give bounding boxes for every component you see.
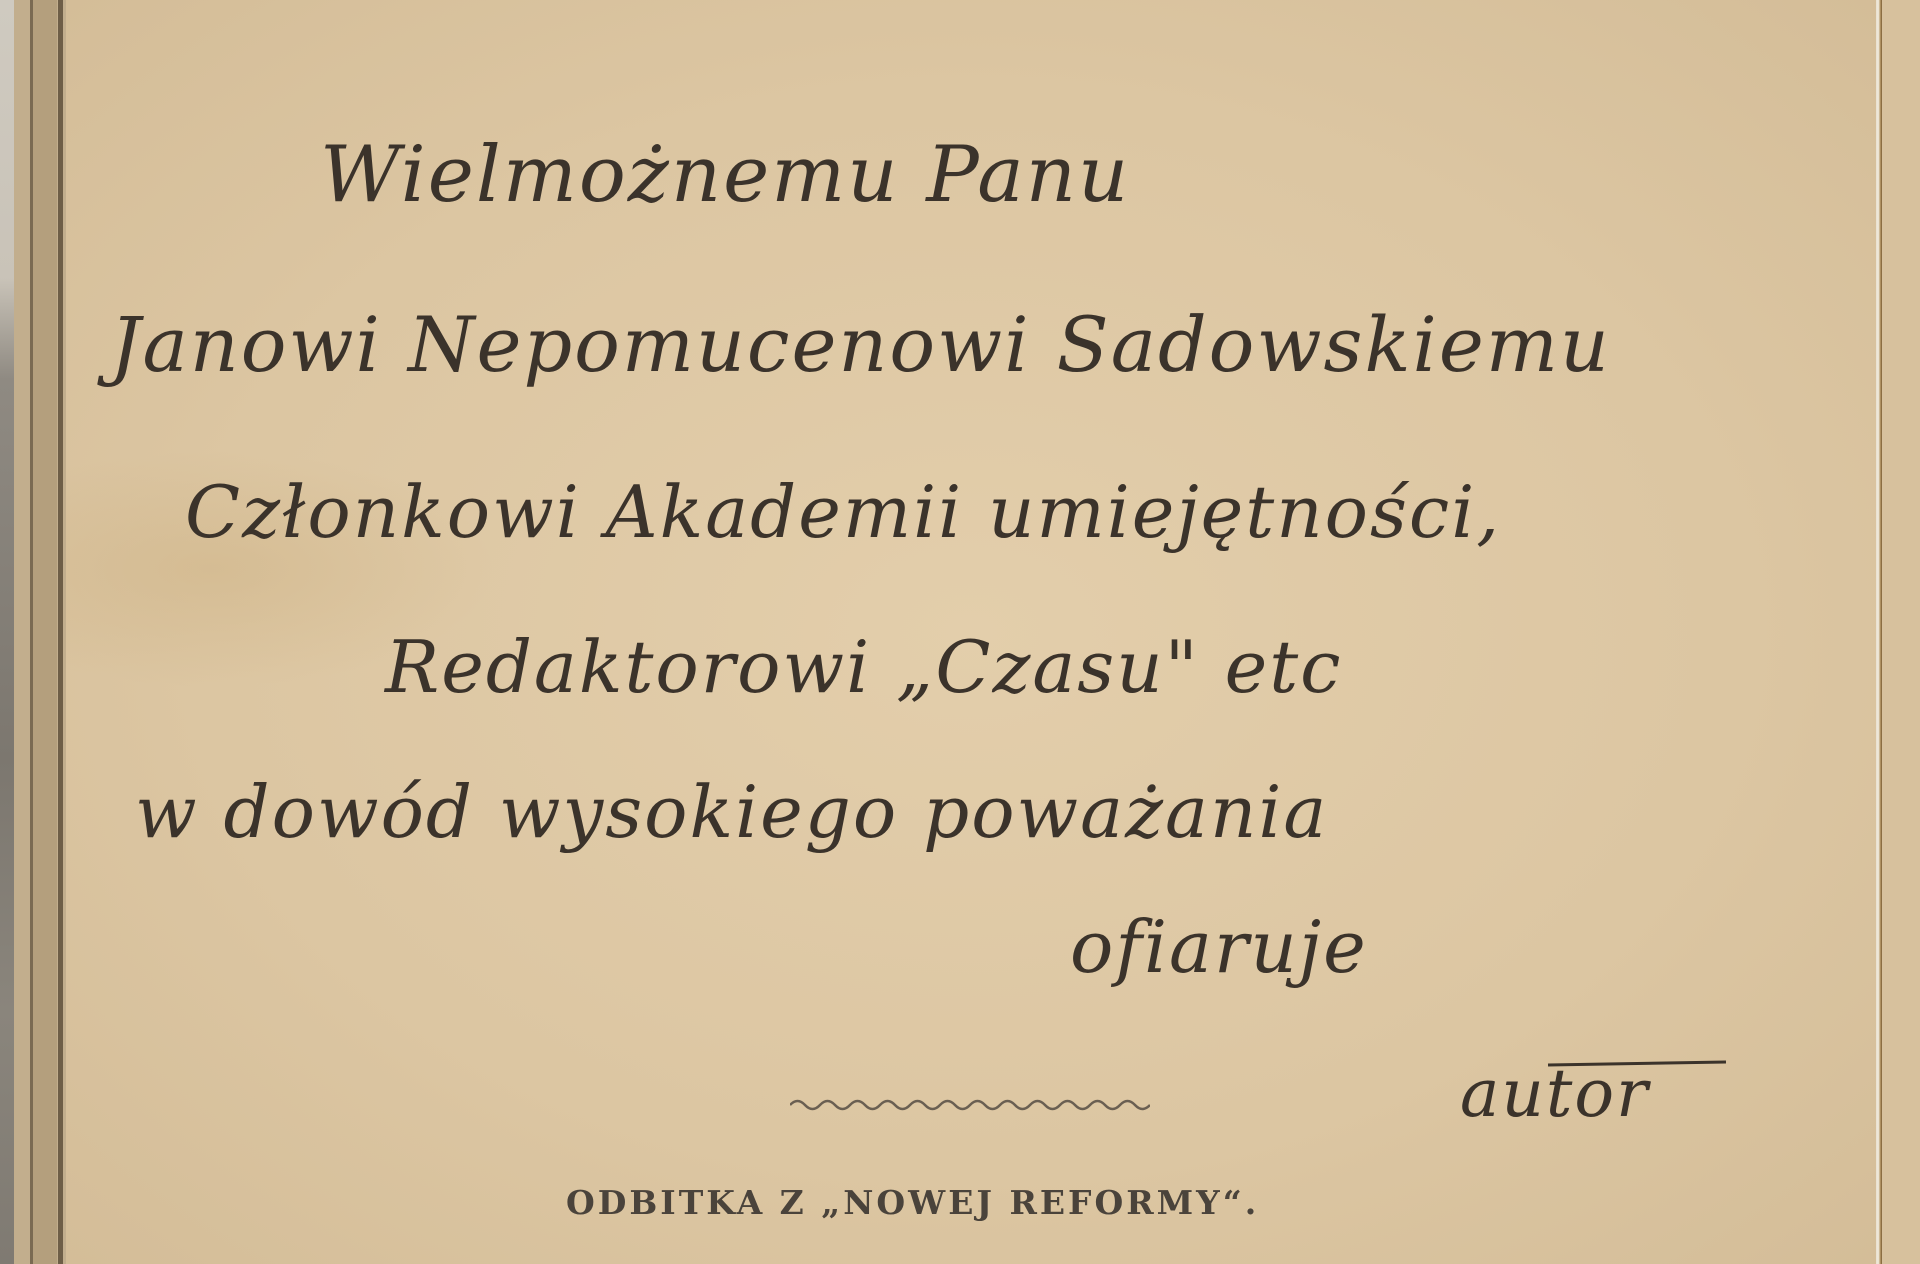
binding-line [58,0,63,1264]
wavy-rule-ornament [790,1095,1150,1115]
dedication-line-academy: Członkowi Akademii umiejętności, [185,470,1501,554]
dedication-line-recipient-name: Janowi Nepomucenowi Sadowskiemu [110,300,1611,389]
printed-footer: ODBITKA Z „NOWEJ REFORMY“. [566,1183,1259,1222]
adjacent-page-edge [0,0,14,1264]
dedication-line-editor: Redaktorowi „Czasu" etc [385,625,1343,709]
next-page-edge [1882,0,1920,1264]
book-binding [14,0,66,1264]
dedication-line-salutation: Wielmożnemu Panu [320,130,1130,220]
binding-band [33,0,57,1264]
signature: autor [1460,1055,1650,1132]
dedication-line-offers: ofiaruje [1070,905,1368,989]
dedication-line-respect: w dowód wysokiego poważania [135,770,1328,854]
